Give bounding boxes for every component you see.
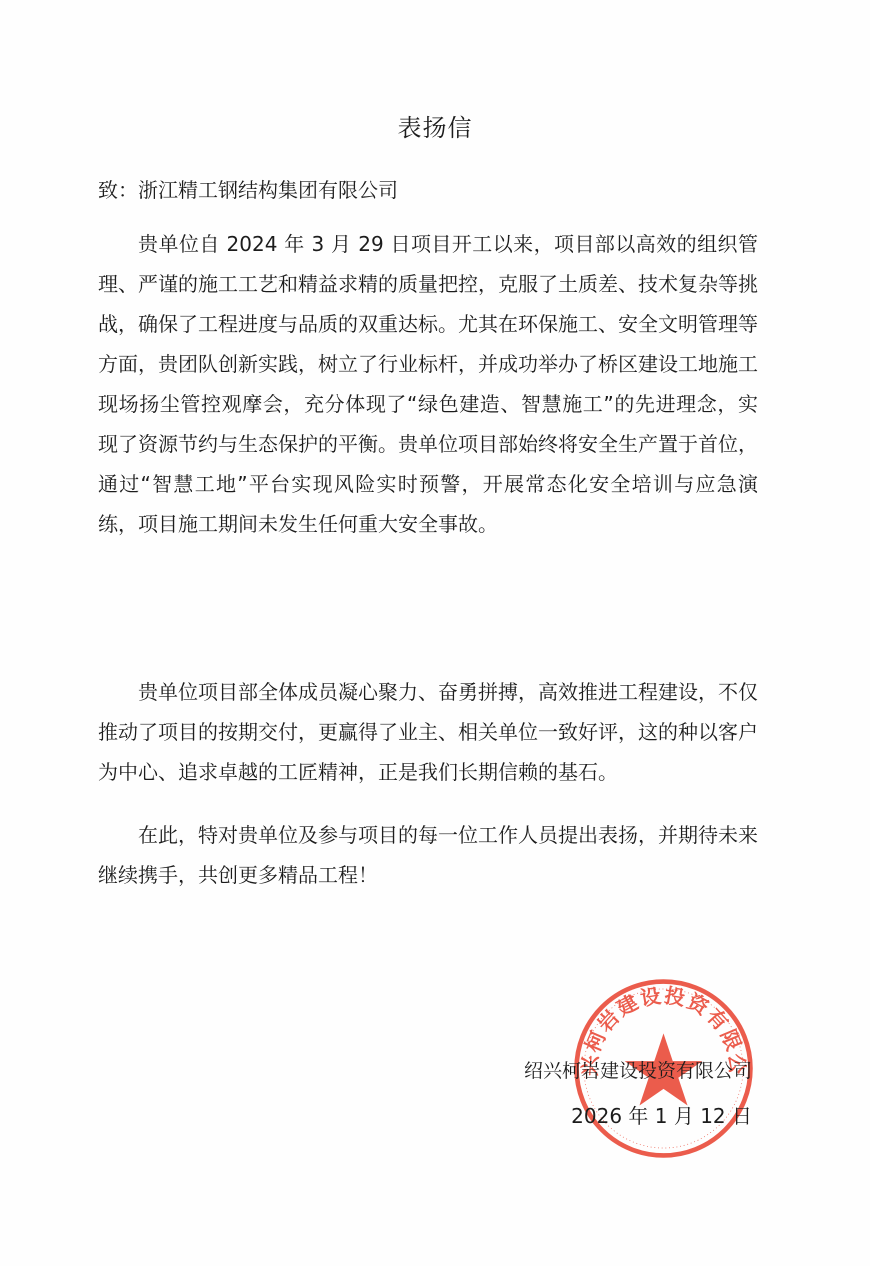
paragraph-text: 在此，特对贵单位及参与项目的每一位工作人员提出表扬，并期待未来继续携手，共创更多… [98, 815, 758, 895]
letter-title: 表扬信 [0, 108, 870, 143]
letter-paragraph-2: 贵单位项目部全体成员凝心聚力、奋勇拼搏，高效推进工程建设，不仅推动了项目的按期交… [98, 672, 758, 792]
paragraph-text: 贵单位项目部全体成员凝心聚力、奋勇拼搏，高效推进工程建设，不仅推动了项目的按期交… [98, 672, 758, 792]
letter-page: 表扬信 致：浙江精工钢结构集团有限公司 贵单位自 2024 年 3 月 29 日… [0, 0, 870, 1266]
letter-addressee: 致：浙江精工钢结构集团有限公司 [98, 174, 398, 203]
signature-company: 绍兴柯岩建设投资有限公司 [524, 1056, 752, 1083]
signature-date: 2026 年 1 月 12 日 [571, 1100, 752, 1129]
letter-paragraph-3: 在此，特对贵单位及参与项目的每一位工作人员提出表扬，并期待未来继续携手，共创更多… [98, 815, 758, 895]
letter-paragraph-1: 贵单位自 2024 年 3 月 29 日项目开工以来，项目部以高效的组织管理、严… [98, 224, 758, 544]
paragraph-text: 贵单位自 2024 年 3 月 29 日项目开工以来，项目部以高效的组织管理、严… [98, 224, 758, 544]
